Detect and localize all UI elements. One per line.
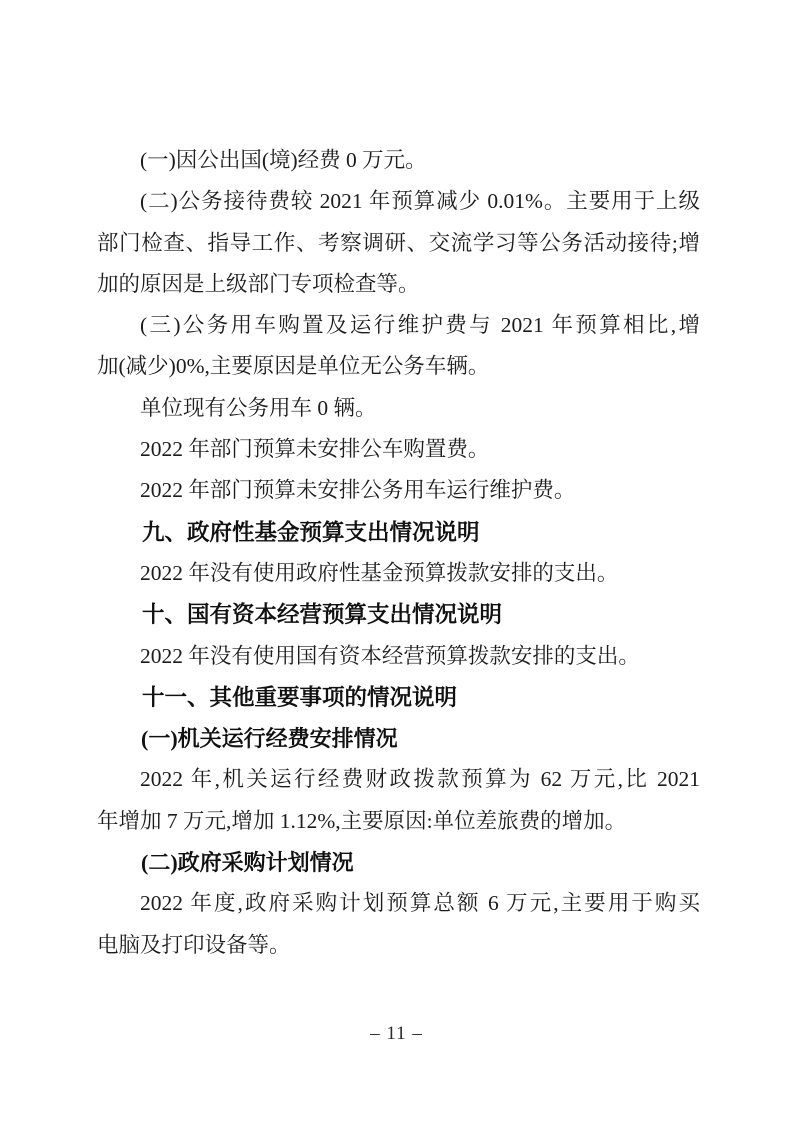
subsection-heading: (二)政府采购计划情况 — [97, 842, 700, 883]
subsection-heading: (一)机关运行经费安排情况 — [97, 718, 700, 759]
paragraph-line: 部门检查、指导工作、考察调研、交流学习等公务活动接待;增 — [97, 223, 700, 264]
paragraph-line: 2022 年没有使用政府性基金预算拨款安排的支出。 — [97, 553, 700, 594]
paragraph-line: 2022 年部门预算未安排公车购置费。 — [97, 429, 700, 470]
paragraph-line: 2022 年没有使用国有资本经营预算拨款安排的支出。 — [97, 636, 700, 677]
document-page: (一)因公出国(境)经费 0 万元。 (二)公务接待费较 2021 年预算减少 … — [0, 0, 793, 1122]
page-number: – 11 – — [0, 1023, 793, 1045]
paragraph-line: 2022 年,机关运行经费财政拨款预算为 62 万元,比 2021 — [97, 759, 700, 800]
paragraph-line: (二)公务接待费较 2021 年预算减少 0.01%。主要用于上级 — [97, 181, 700, 222]
paragraph-line: (三)公务用车购置及运行维护费与 2021 年预算相比,增 — [97, 305, 700, 346]
paragraph-line: 加(减少)0%,主要原因是单位无公务车辆。 — [97, 346, 700, 387]
paragraph-line: 年增加 7 万元,增加 1.12%,主要原因:单位差旅费的增加。 — [97, 801, 700, 842]
section-heading: 十、国有资本经营预算支出情况说明 — [97, 594, 700, 635]
section-heading: 十一、其他重要事项的情况说明 — [97, 677, 700, 718]
paragraph-line: 2022 年度,政府采购计划预算总额 6 万元,主要用于购买 — [97, 883, 700, 924]
paragraph-line: (一)因公出国(境)经费 0 万元。 — [97, 140, 700, 181]
paragraph-line: 2022 年部门预算未安排公务用车运行维护费。 — [97, 470, 700, 511]
section-heading: 九、政府性基金预算支出情况说明 — [97, 512, 700, 553]
paragraph-line: 单位现有公务用车 0 辆。 — [97, 388, 700, 429]
document-body: (一)因公出国(境)经费 0 万元。 (二)公务接待费较 2021 年预算减少 … — [97, 140, 700, 966]
paragraph-line: 加的原因是上级部门专项检查等。 — [97, 264, 700, 305]
paragraph-line: 电脑及打印设备等。 — [97, 925, 700, 966]
